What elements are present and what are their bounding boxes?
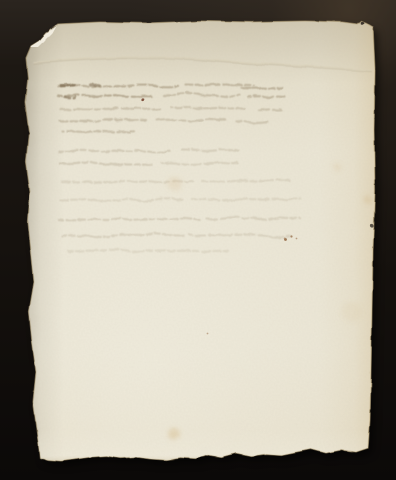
tan-smudge-stain bbox=[364, 196, 372, 204]
foxing-speck bbox=[141, 98, 144, 101]
bleed-line bbox=[256, 109, 282, 110]
bleed-line bbox=[60, 108, 160, 109]
tan-smudge-stain bbox=[168, 428, 180, 440]
bleed-line bbox=[248, 96, 286, 97]
bleed-line bbox=[64, 97, 76, 98]
bleed-line bbox=[60, 120, 146, 121]
foxing-speck bbox=[206, 332, 208, 334]
bleed-line bbox=[60, 85, 76, 86]
manuscript-photo-canvas bbox=[0, 0, 396, 480]
foxing-speck bbox=[295, 237, 297, 239]
foxing-speck bbox=[290, 235, 292, 237]
bleed-line bbox=[172, 107, 244, 108]
tan-smudge-stain bbox=[342, 302, 362, 322]
archival-document-photograph bbox=[0, 0, 396, 480]
bleed-line bbox=[182, 150, 240, 151]
paper-surface bbox=[20, 18, 380, 466]
bleed-line bbox=[62, 131, 134, 132]
tan-smudge-stain bbox=[168, 177, 182, 191]
manuscript-page bbox=[20, 18, 380, 466]
foxing-speck bbox=[370, 224, 373, 227]
foxing-speck bbox=[284, 238, 287, 241]
bleed-line bbox=[240, 87, 284, 88]
bleed-line bbox=[90, 84, 100, 85]
tan-smudge-stain bbox=[333, 163, 341, 171]
